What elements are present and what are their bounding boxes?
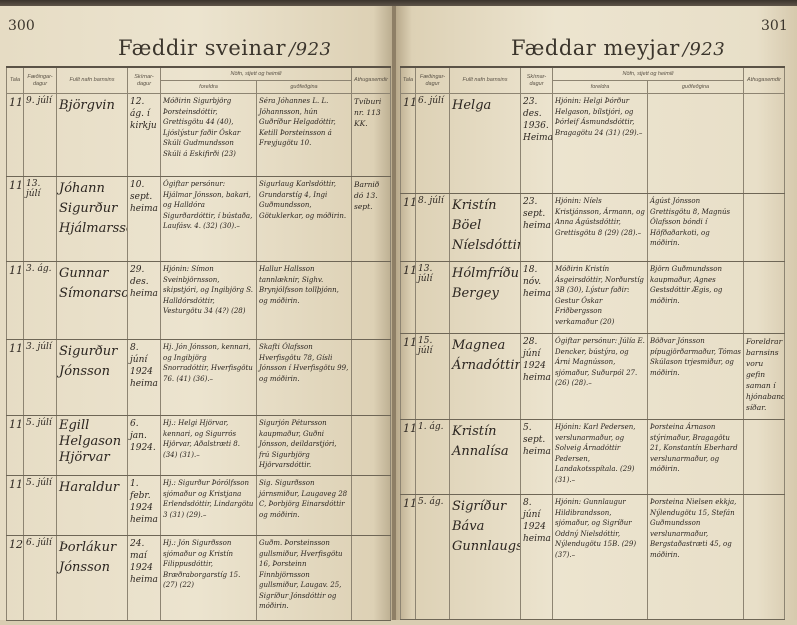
godparents: Þorsteina Árnason stýrimaður, Bragagötu …	[648, 420, 744, 495]
page-title-left: Fæddir sveinar/923	[118, 36, 332, 60]
page-number-left: 300	[8, 18, 35, 34]
table-row: 119. 5. júlí Haraldur 1. febr. 1924 heim…	[7, 476, 391, 536]
header-baptism-date: Skírnar-dagur	[521, 67, 553, 94]
remarks	[744, 420, 785, 495]
page-number-right: 301	[761, 18, 788, 34]
register-table-girls: Tala Fæðingar-dagur Fullt nafn barnsins …	[400, 66, 785, 620]
birth-date: 5. ág.	[416, 495, 450, 620]
child-name: Björgvin	[57, 94, 128, 177]
table-row: 112. 8. júlí Kristín Böel Níelsdóttir 23…	[401, 194, 785, 262]
table-row: 111. 6. júlí Helga 23. des. 1936. Heima …	[401, 94, 785, 194]
header-tala: Tala	[7, 67, 24, 94]
birth-date: 9. júlí	[24, 94, 57, 177]
entry-number: 114.	[401, 334, 416, 420]
entry-number: 115.	[7, 177, 24, 262]
birth-date: 5. júlí	[24, 416, 57, 476]
parents: Hj.: Helgi Hjörvar, kennari, og Sigurrós…	[161, 416, 257, 476]
table-row: 116. 5. ág. Sigríður Báva Gunnlaugsdótti…	[401, 495, 785, 620]
header-tala: Tala	[401, 67, 416, 94]
godparents	[648, 94, 744, 194]
child-name: Egill Helgason Hjörvar	[57, 416, 128, 476]
parents: Hj.: Sigurður Þórólfsson sjómaður og Kri…	[161, 476, 257, 536]
header-godparents: guðfeðgina	[257, 81, 352, 94]
birth-date: 5. júlí	[24, 476, 57, 536]
birth-date: 3. ág.	[24, 262, 57, 340]
header-godparents: guðfeðgina	[648, 81, 744, 94]
table-row: 120. 6. júlí Þorlákur Jónsson 24. maí 19…	[7, 536, 391, 621]
table-row: 118. 5. júlí Egill Helgason Hjörvar 6. j…	[7, 416, 391, 476]
godparents: Þorsteina Nielsen ekkja, Nýlendugötu 15,…	[648, 495, 744, 620]
godparents: Ágúst Jónsson Grettisgötu 8, Magnús Ólaf…	[648, 194, 744, 262]
header-birth-date: Fæðingar-dagur	[24, 67, 57, 94]
birth-date: 6. júlí	[416, 94, 450, 194]
remarks	[744, 94, 785, 194]
remarks	[744, 262, 785, 334]
parents: Hj.: Jón Sigurðsson sjómaður og Kristín …	[161, 536, 257, 621]
child-name: Kristín Böel Níelsdóttir	[450, 194, 521, 262]
baptism-date: 5. sept. heima	[521, 420, 553, 495]
title-text: Fæddir sveinar	[118, 36, 286, 60]
right-page: 301 Fæddar meyjar/923 Tala Fæðingar-dagu…	[396, 6, 797, 620]
child-name: Helga	[450, 94, 521, 194]
title-text: Fæddar meyjar	[511, 36, 680, 60]
godparents: Séra Jóhannes L. L. Jóhannsson, hún Guðr…	[257, 94, 352, 177]
remarks: Tvíburi nr. 113 KK.	[352, 94, 391, 177]
header-names-group: Nöfn, stjett og heimili	[553, 67, 744, 81]
birth-date: 1. ág.	[416, 420, 450, 495]
remarks	[744, 495, 785, 620]
godparents: Hallur Hallsson tannlæknir, Sighv. Brynj…	[257, 262, 352, 340]
entry-number: 115.	[401, 420, 416, 495]
godparents: Skafti Ólafsson Hverfisgötu 78, Gísli Jó…	[257, 340, 352, 416]
birth-date: 15. júlí	[416, 334, 450, 420]
baptism-date: 8. júní 1924 heima	[128, 340, 161, 416]
parents: Ógiftar persónur: Hjálmar Jónsson, bakar…	[161, 177, 257, 262]
header-birth-date: Fæðingar-dagur	[416, 67, 450, 94]
header-parents: foreldra	[553, 81, 648, 94]
entry-number: 119.	[7, 476, 24, 536]
entry-number: 111.	[401, 94, 416, 194]
entry-number: 116.	[401, 495, 416, 620]
birth-date: 3. júlí	[24, 340, 57, 416]
entry-number: 117.	[7, 340, 24, 416]
child-name: Magnea Árnadóttir	[450, 334, 521, 420]
parents: Hjónin: Símon Sveinbjörnsson, skipstjóri…	[161, 262, 257, 340]
left-page: 300 Fæddir sveinar/923 Tala Fæðingar-dag…	[0, 6, 393, 620]
baptism-date: 28. júní 1924 heima	[521, 334, 553, 420]
child-name: Jóhann Sigurður Hjálmarsson	[57, 177, 128, 262]
child-name: Kristín Annalísa	[450, 420, 521, 495]
remarks: Barnið dó 13. sept.	[352, 177, 391, 262]
godparents: Böðvar Jónsson pípugjörðarmaður, Tómas S…	[648, 334, 744, 420]
entry-number: 113.	[401, 262, 416, 334]
header-remarks: Athugasemdir	[352, 67, 391, 94]
parents: Hjónin: Karl Pedersen, verslunarmaður, o…	[553, 420, 648, 495]
parents: Hjónin: Níels Kristjánsson, Ármann, og A…	[553, 194, 648, 262]
child-name: Hólmfríður Bergey	[450, 262, 521, 334]
remarks	[352, 416, 391, 476]
header-baptism-date: Skírnar-dagur	[128, 67, 161, 94]
baptism-date: 23. des. 1936. Heima	[521, 94, 553, 194]
remarks	[352, 262, 391, 340]
table-row: 114. 15. júlí Magnea Árnadóttir 28. júní…	[401, 334, 785, 420]
baptism-date: 23. sept. heima	[521, 194, 553, 262]
header-remarks: Athugasemdir	[744, 67, 785, 94]
godparents: Björn Guðmundsson kaupmaður, Agnes Gests…	[648, 262, 744, 334]
baptism-date: 18. nóv. heima	[521, 262, 553, 334]
remarks	[352, 536, 391, 621]
entry-number: 114.	[7, 94, 24, 177]
baptism-date: 8. júní 1924 heima	[521, 495, 553, 620]
remarks	[352, 340, 391, 416]
table-row: 113. 13. júlí Hólmfríður Bergey 18. nóv.…	[401, 262, 785, 334]
baptism-date: 10. sept. heima	[128, 177, 161, 262]
birth-date: 6. júlí	[24, 536, 57, 621]
parents: Móðirin Kristín Ásgeirsdóttir, Norðurstí…	[553, 262, 648, 334]
entry-number: 116.	[7, 262, 24, 340]
parents: Hjónin: Helgi Þórður Helgason, bílstjóri…	[553, 94, 648, 194]
title-year: /923	[289, 39, 331, 60]
ledger-spread: 300 Fæddir sveinar/923 Tala Fæðingar-dag…	[0, 0, 797, 625]
baptism-date: 12. ág. í kirkju	[128, 94, 161, 177]
register-table-boys: Tala Fæðingar-dagur Fullt nafn barnsins …	[6, 66, 391, 621]
header-full-name: Fullt nafn barnsins	[57, 67, 128, 94]
header-full-name: Fullt nafn barnsins	[450, 67, 521, 94]
child-name: Haraldur	[57, 476, 128, 536]
table-row: 114. 9. júlí Björgvin 12. ág. í kirkju M…	[7, 94, 391, 177]
child-name: Sigurður Jónsson	[57, 340, 128, 416]
child-name: Sigríður Báva Gunnlaugsdóttir	[450, 495, 521, 620]
birth-date: 13. júlí	[24, 177, 57, 262]
header-names-group: Nöfn, stjett og heimili	[161, 67, 352, 81]
remarks	[744, 194, 785, 262]
parents: Ógiftar persónur: Júlía E. Dencker, búst…	[553, 334, 648, 420]
title-year: /923	[683, 39, 725, 60]
header-parents: foreldra	[161, 81, 257, 94]
entry-number: 120.	[7, 536, 24, 621]
entry-number: 112.	[401, 194, 416, 262]
parents: Móðirin Sigurbjörg Þorsteinsdóttir, Gret…	[161, 94, 257, 177]
table-row: 115. 13. júlí Jóhann Sigurður Hjálmarsso…	[7, 177, 391, 262]
remarks	[352, 476, 391, 536]
godparents: Sig. Sigurðsson járnsmiður, Laugaveg 28 …	[257, 476, 352, 536]
remarks: Foreldrar barnsins voru gefin saman í hj…	[744, 334, 785, 420]
parents: Hjónin: Gunnlaugur Hildibrandsson, sjóma…	[553, 495, 648, 620]
baptism-date: 29. des. heima	[128, 262, 161, 340]
godparents: Sigurjón Pétursson kaupmaður, Guðni Jóns…	[257, 416, 352, 476]
entry-number: 118.	[7, 416, 24, 476]
baptism-date: 6. jan. 1924.	[128, 416, 161, 476]
page-title-right: Fæddar meyjar/923	[511, 36, 725, 60]
child-name: Þorlákur Jónsson	[57, 536, 128, 621]
table-row: 117. 3. júlí Sigurður Jónsson 8. júní 19…	[7, 340, 391, 416]
baptism-date: 24. maí 1924 heima	[128, 536, 161, 621]
parents: Hj. Jón Jónsson, kennari, og Ingibjörg S…	[161, 340, 257, 416]
godparents: Guðm. Þorsteinsson gullsmiður, Hverfisgö…	[257, 536, 352, 621]
birth-date: 13. júlí	[416, 262, 450, 334]
godparents: Sigurlaug Karlsdóttir, Grundarstíg 4, In…	[257, 177, 352, 262]
birth-date: 8. júlí	[416, 194, 450, 262]
baptism-date: 1. febr. 1924 heima	[128, 476, 161, 536]
child-name: Gunnar Símonarson	[57, 262, 128, 340]
table-row: 116. 3. ág. Gunnar Símonarson 29. des. h…	[7, 262, 391, 340]
table-row: 115. 1. ág. Kristín Annalísa 5. sept. he…	[401, 420, 785, 495]
